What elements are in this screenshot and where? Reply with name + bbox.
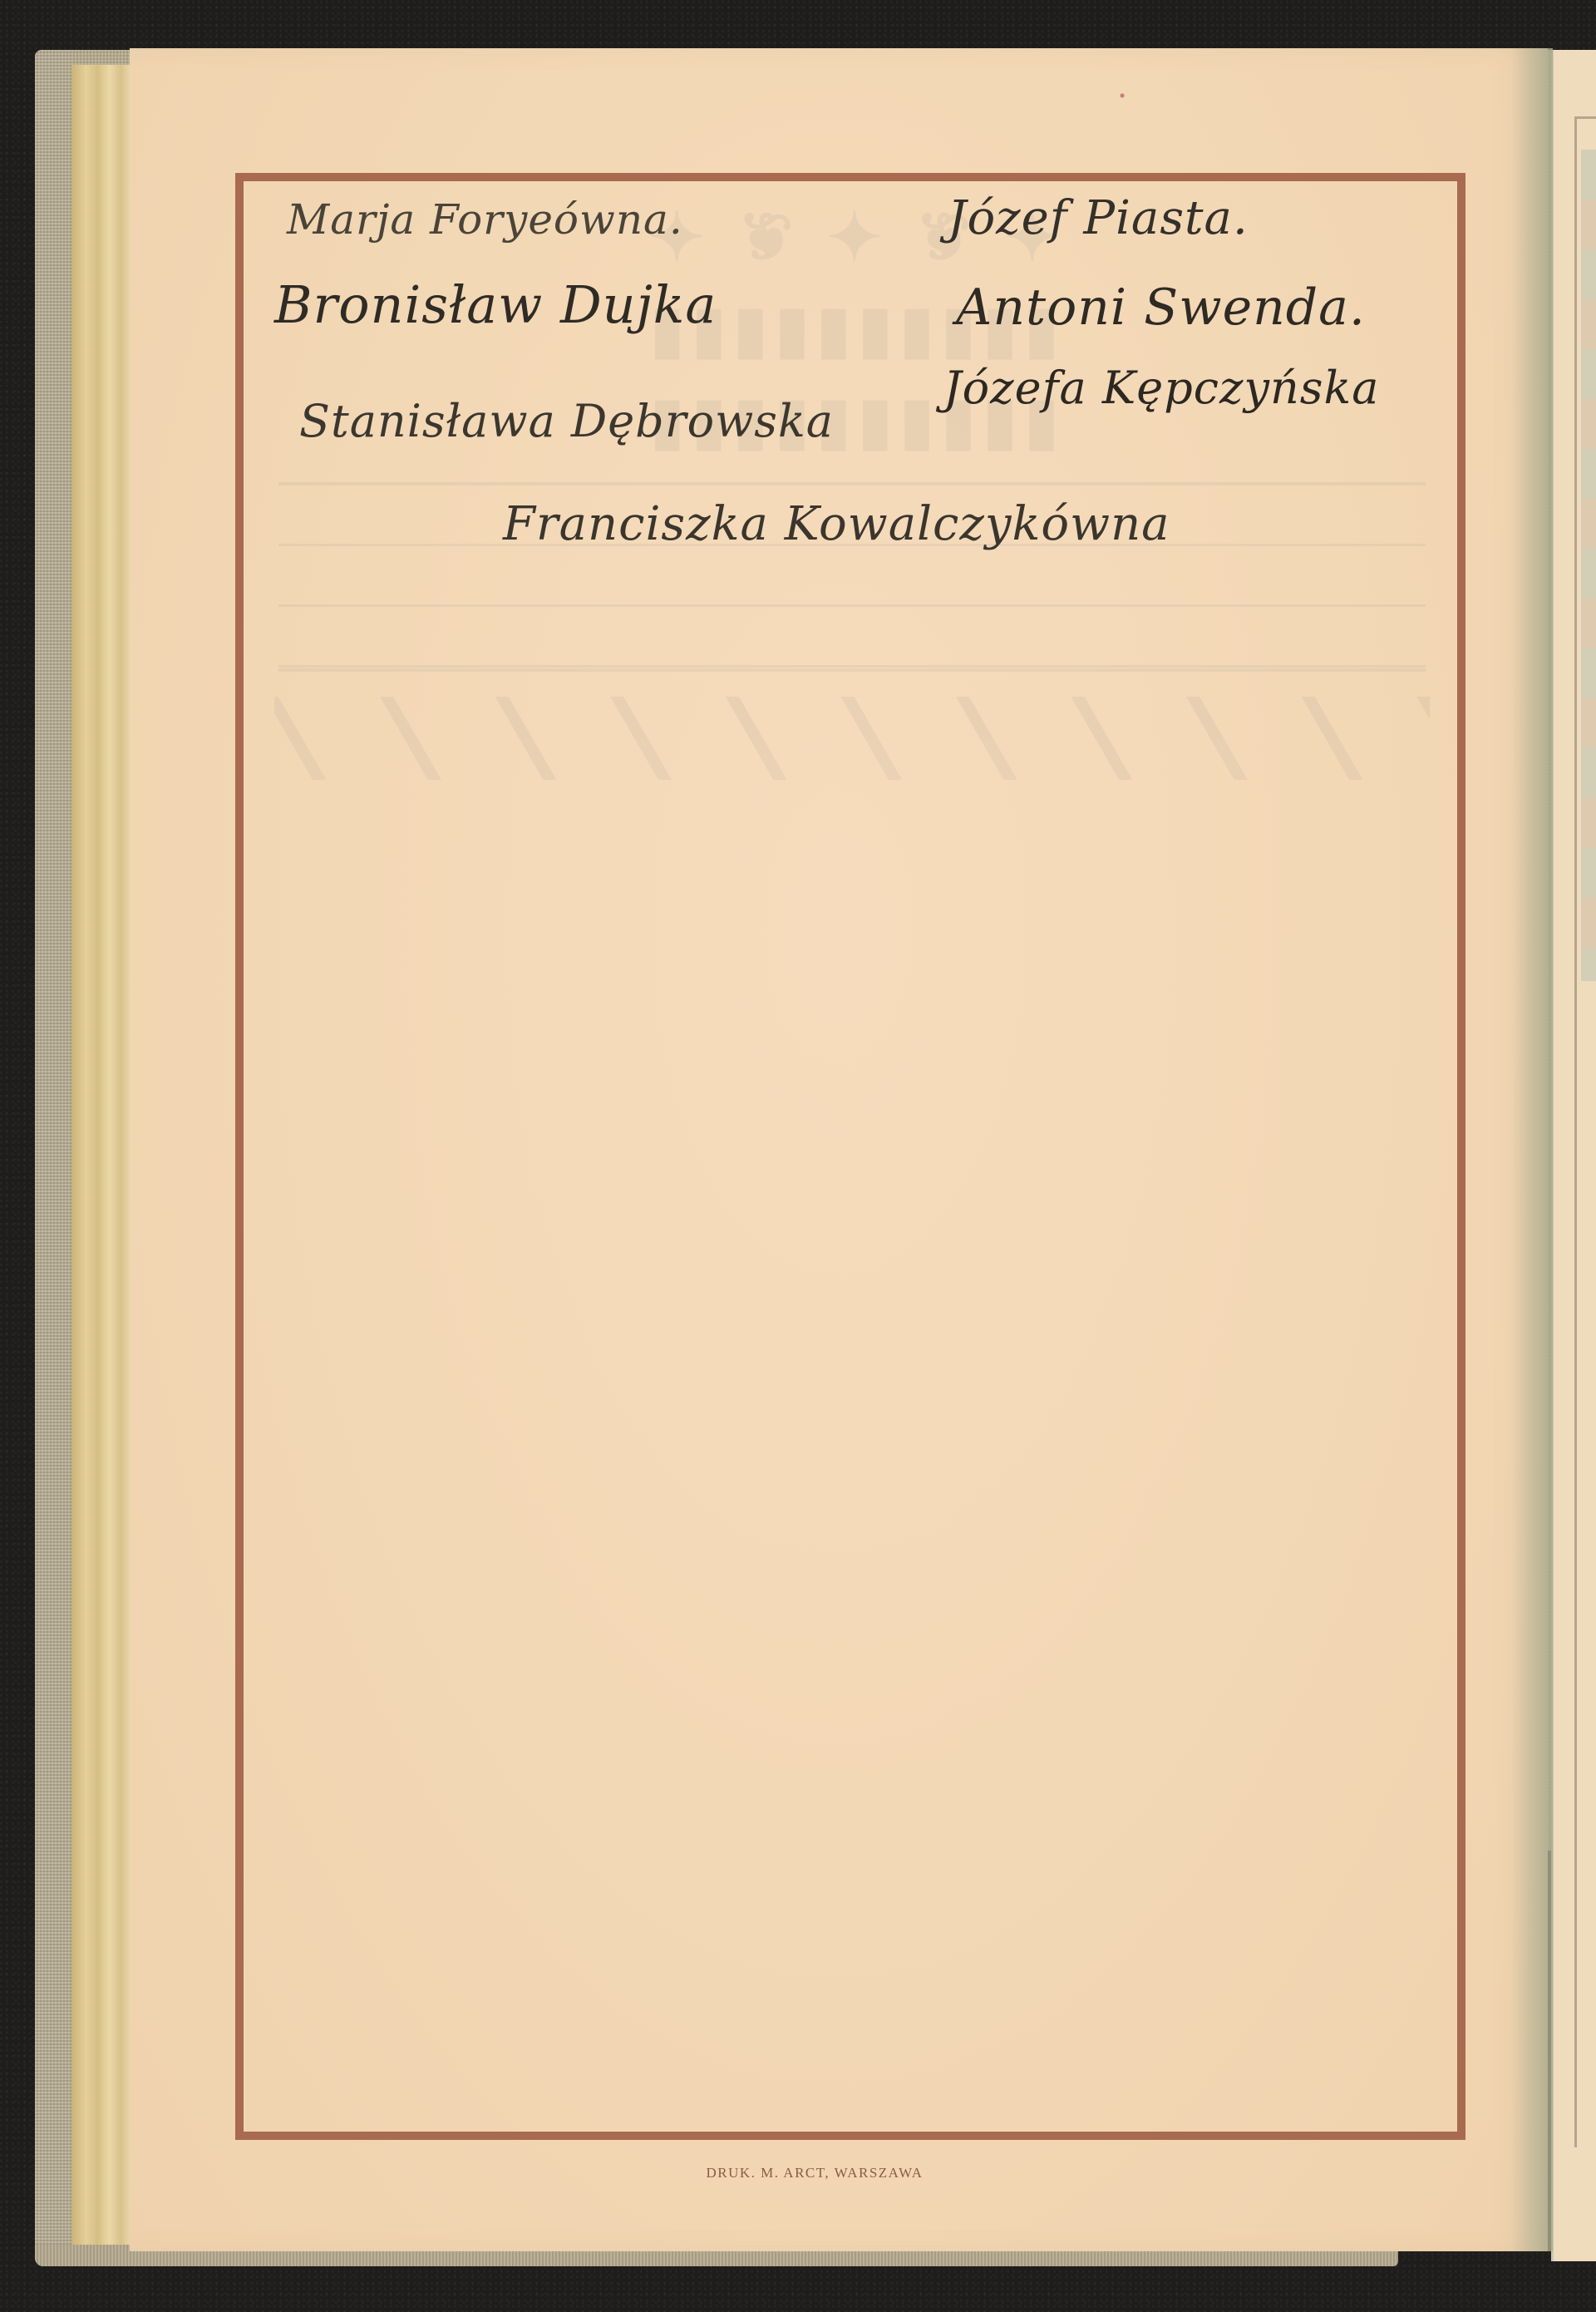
ink-speck	[1114, 87, 1130, 104]
printed-red-frame	[235, 173, 1465, 2140]
signature-right-3: Józefa Kępczyńska	[943, 362, 1379, 414]
next-page-ornament	[1581, 150, 1596, 981]
signature-right-1: Józef Piasta.	[948, 191, 1249, 245]
gutter-shadow	[1511, 48, 1553, 2251]
cloth-binding-left-edge	[35, 50, 73, 2266]
printer-imprint-text: DRUK. M. ARCT, WARSZAWA	[706, 2165, 923, 2181]
signature-left-3: Stanisława Dębrowska	[299, 395, 834, 447]
signature-right-2: Antoni Swenda.	[956, 279, 1366, 337]
printer-imprint: DRUK. M. ARCT, WARSZAWA	[0, 2165, 1596, 2181]
signature-center: Franciszka Kowalczykówna	[503, 497, 1170, 551]
signature-left-2: Bronisław Dujka	[274, 274, 717, 335]
signature-left-1: Marja Foryeówna.	[287, 195, 683, 244]
page-edges	[71, 65, 130, 2260]
